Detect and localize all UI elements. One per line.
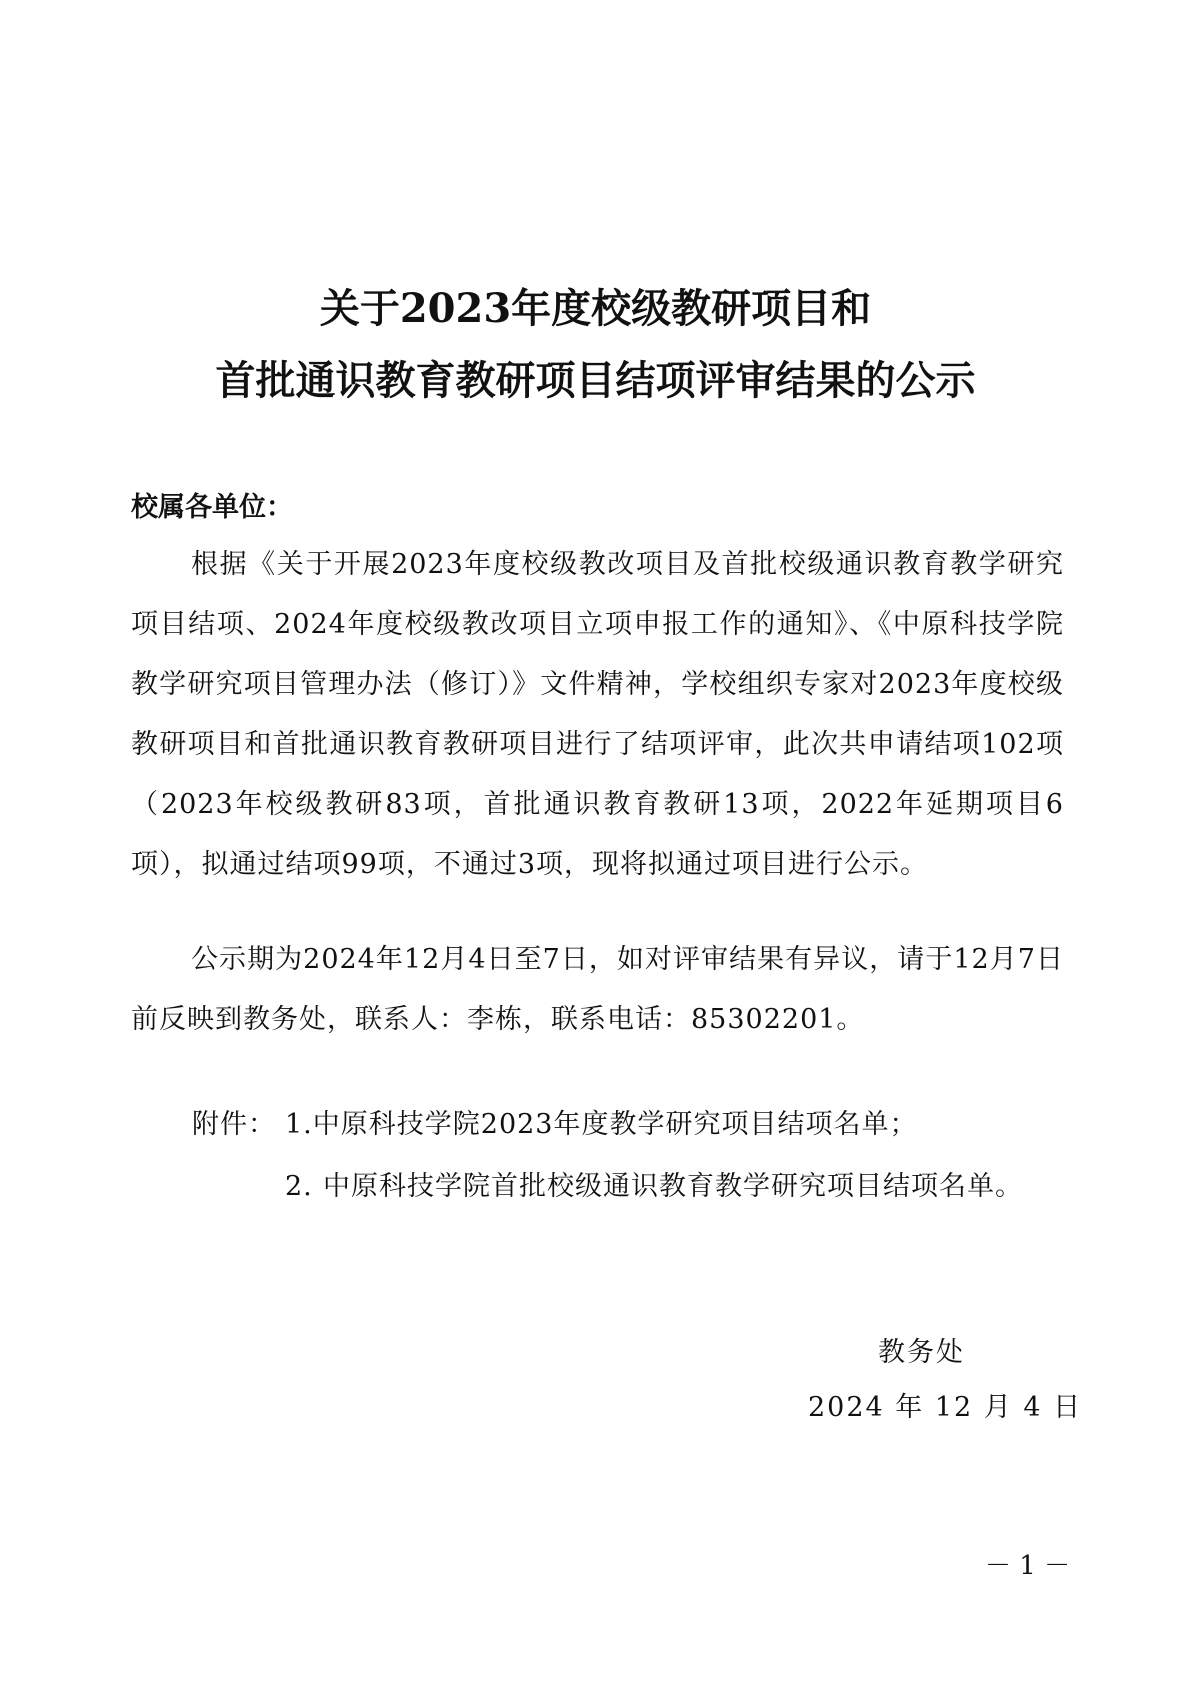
signature-date: 2024 年 12 月 4 日 [808, 1385, 1082, 1424]
attachment-text: 中原科技学院首批校级通识教育教学研究项目结项名单。 [323, 1157, 1065, 1217]
body-paragraph-2: 公示期为2024年12月4日至7日，如对评审结果有异议，请于12月7日前反映到教… [131, 930, 1064, 1050]
signature-office: 教务处 [878, 1330, 965, 1369]
attachment-item: 1.中原科技学院2023年度教学研究项目结项名单； [285, 1095, 917, 1155]
attachment-number: 2. [285, 1157, 313, 1217]
attachment-number: 1. [285, 1109, 313, 1140]
attachments-label: 附件： [192, 1095, 276, 1155]
document-title-line-2: 首批通识教育教研项目结项评审结果的公示 [0, 357, 1191, 405]
attachment-item: 2. 中原科技学院首批校级通识教育教学研究项目结项名单。 [285, 1157, 1065, 1217]
document-title-line-1: 关于2023年度校级教研项目和 [0, 285, 1191, 333]
attachment-text: 中原科技学院2023年度教学研究项目结项名单； [313, 1109, 918, 1140]
body-paragraph-1: 根据《关于开展2023年度校级教改项目及首批校级通识教育教学研究项目结项、202… [131, 535, 1064, 895]
salutation: 校属各单位： [131, 485, 293, 524]
page-number: － 1 － [985, 1545, 1070, 1582]
